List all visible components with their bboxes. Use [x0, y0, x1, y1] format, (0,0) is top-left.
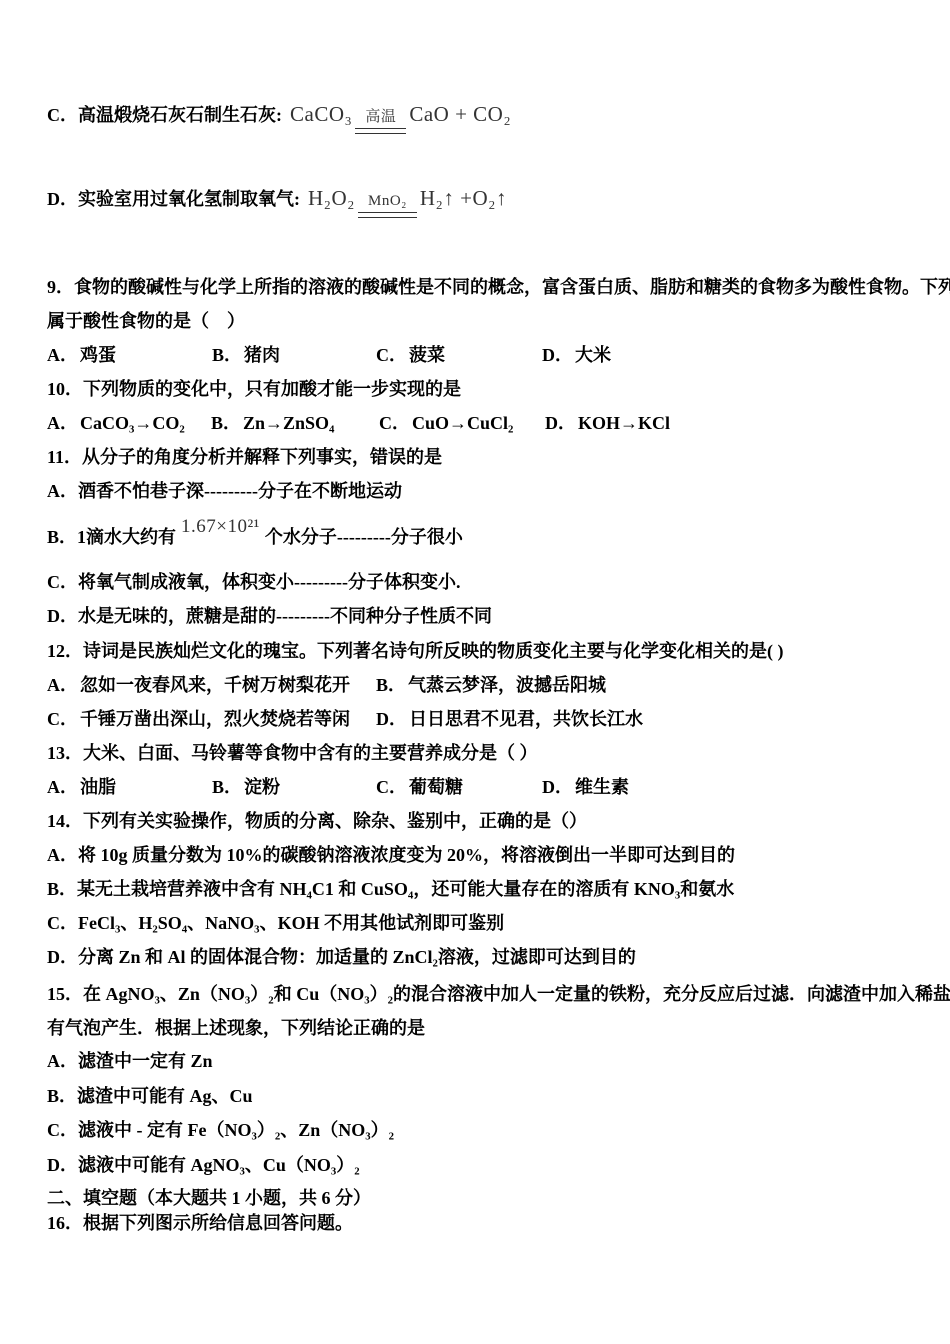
reaction-condition-block: 高温: [355, 109, 406, 137]
q12-option-c: C．千锤万凿出深山，烈火焚烧若等闲: [47, 709, 350, 730]
q11-text: 从分子的角度分析并解释下列事实，错误的是: [82, 447, 442, 467]
q11-option-a: A．酒香不怕巷子深---------分子在不断地运动: [47, 481, 402, 502]
item-d-text: 实验室用过氧化氢制取氧气:: [78, 189, 300, 209]
q12-option-a: A．忽如一夜春风来，千树万树梨花开: [47, 675, 350, 696]
q11-option-c: C．将氧气制成液氧，体积变小---------分子体积变小.: [47, 572, 460, 593]
q10-option-b: B．Zn→ZnSO₄: [211, 413, 334, 434]
q15-option-d: D．滤液中可能有 AgNO₃、Cu（NO₃）₂: [47, 1155, 360, 1176]
q9-option-b: B．猪肉: [212, 345, 280, 366]
q10-text: 下列物质的变化中，只有加酸才能一步实现的是: [83, 379, 461, 399]
double-line-icon: [358, 212, 417, 218]
q15-line1: 15．在 AgNO₃、Zn（NO₃）₂和 Cu（NO₃）₂的混合溶液中加人一定量…: [47, 984, 950, 1005]
q15-option-c: C．滤液中 - 定有 Fe（NO₃）₂、Zn（NO₃）₂: [47, 1120, 394, 1141]
q11-option-d: D．水是无味的，蔗糖是甜的---------不同种分子性质不同: [47, 606, 492, 627]
item-d-equation: H₂O₂MnO₂H₂↑ +O₂↑: [308, 186, 507, 210]
q15-text-line2: 有气泡产生．根据上述现象，下列结论正确的是: [47, 1018, 425, 1038]
q14-number: 14．: [47, 811, 83, 831]
q12-options-row-1: A．忽如一夜春风来，千树万树梨花开 B．气蒸云梦泽，波撼岳阳城: [0, 675, 950, 699]
q10-number: 10．: [47, 379, 83, 399]
q16-number: 16．: [47, 1213, 83, 1233]
q9-option-c: C．菠菜: [376, 345, 445, 366]
q12-text: 诗词是民族灿烂文化的瑰宝。下列著名诗句所反映的物质变化主要与化学变化相关的是( …: [83, 641, 783, 661]
q12-stem: 12．诗词是民族灿烂文化的瑰宝。下列著名诗句所反映的物质变化主要与化学变化相关的…: [47, 641, 783, 662]
equation-rhs: H₂↑ +O₂↑: [420, 186, 507, 210]
q9-number: 9．: [47, 277, 74, 297]
q13-text: 大米、白面、马铃薯等食物中含有的主要营养成分是（ ）: [83, 743, 538, 763]
q14-option-c: C．FeCl₃、H₂SO₄、NaNO₃、KOH 不用其他试剂即可鉴别: [47, 913, 504, 934]
q13-option-a: A．油脂: [47, 777, 116, 798]
q10-option-a: A．CaCO₃→CO₂: [47, 413, 185, 434]
q10-option-d: D．KOH→KCl: [545, 413, 670, 434]
q10-options-row: A．CaCO₃→CO₂ B．Zn→ZnSO₄ C．CuO→CuCl₂ D．KOH…: [0, 413, 950, 437]
q14-text: 下列有关实验操作，物质的分离、除杂、鉴别中，正确的是（）: [83, 811, 587, 831]
q9-text-line2: 属于酸性食物的是（ ）: [47, 311, 245, 331]
q12-options-row-2: C．千锤万凿出深山，烈火焚烧若等闲 D．日日思君不见君，共饮长江水: [0, 709, 950, 733]
q11-number: 11．: [47, 447, 82, 467]
q14-stem: 14．下列有关实验操作，物质的分离、除杂、鉴别中，正确的是（）: [47, 811, 587, 832]
q13-option-c: C．葡萄糖: [376, 777, 463, 798]
reaction-condition-block: MnO₂: [358, 193, 417, 221]
equation-rhs: CaO + CO₂: [409, 102, 511, 126]
equation-lhs: CaCO₃: [290, 102, 352, 126]
item-c-label: C．: [47, 105, 78, 125]
q15-line2: 有气泡产生．根据上述现象，下列结论正确的是: [47, 1018, 425, 1039]
q16-stem: 16．根据下列图示所给信息回答问题。: [47, 1213, 353, 1234]
q15-number: 15．: [47, 984, 83, 1004]
q9-line1: 9．食物的酸碱性与化学上所指的溶液的酸碱性是不同的概念，富含蛋白质、脂肪和糖类的…: [47, 277, 950, 298]
q15-option-b: B．滤渣中可能有 Ag、Cu: [47, 1086, 253, 1107]
q10-stem: 10．下列物质的变化中，只有加酸才能一步实现的是: [47, 379, 461, 400]
double-line-icon: [355, 128, 406, 134]
q13-options-row: A．油脂 B．淀粉 C．葡萄糖 D．维生素: [0, 777, 950, 801]
q10-option-c: C．CuO→CuCl₂: [379, 413, 513, 434]
q15-option-a: A．滤渣中一定有 Zn: [47, 1051, 213, 1072]
q12-option-d: D．日日思君不见君，共饮长江水: [376, 709, 643, 730]
q13-option-d: D．维生素: [542, 777, 629, 798]
exam-document-page: C．高温煅烧石灰石制生石灰:CaCO₃高温CaO + CO₂ D．实验室用过氧化…: [0, 0, 950, 1344]
section-2-title: 二、填空题（本大题共 1 小题，共 6 分）: [47, 1188, 371, 1208]
q11-stem: 11．从分子的角度分析并解释下列事实，错误的是: [47, 447, 442, 468]
q13-stem: 13．大米、白面、马铃薯等食物中含有的主要营养成分是（ ）: [47, 743, 538, 764]
item-c-row: C．高温煅烧石灰石制生石灰:CaCO₃高温CaO + CO₂: [47, 101, 511, 137]
q9-options-row: A．鸡蛋 B．猪肉 C．菠菜 D．大米: [0, 345, 950, 369]
item-c-text: 高温煅烧石灰石制生石灰:: [78, 105, 282, 125]
reaction-condition-text: 高温: [355, 109, 406, 128]
q12-option-b: B．气蒸云梦泽，波撼岳阳城: [376, 675, 606, 696]
section-2-header: 二、填空题（本大题共 1 小题，共 6 分）: [47, 1188, 371, 1209]
q14-option-b: B．某无土栽培营养液中含有 NH₄C1 和 CuSO₄，还可能大量存在的溶质有 …: [47, 879, 734, 900]
q11-option-b: B．1滴水大约有1.67×10²¹个水分子---------分子很小: [47, 527, 463, 548]
reaction-condition-text: MnO₂: [358, 193, 417, 212]
q9-option-d: D．大米: [542, 345, 611, 366]
q16-text: 根据下列图示所给信息回答问题。: [83, 1213, 353, 1233]
q14-option-d: D．分离 Zn 和 Al 的固体混合物：加适量的 ZnCl₂溶液，过滤即可达到目…: [47, 947, 636, 968]
scientific-notation-formula: 1.67×10²¹: [181, 516, 260, 537]
q14-option-a: A．将 10g 质量分数为 10%的碳酸钠溶液浓度变为 20%，将溶液倒出一半即…: [47, 845, 735, 866]
q9-option-a: A．鸡蛋: [47, 345, 116, 366]
item-d-row: D．实验室用过氧化氢制取氧气:H₂O₂MnO₂H₂↑ +O₂↑: [47, 185, 507, 221]
q13-number: 13．: [47, 743, 83, 763]
item-c-equation: CaCO₃高温CaO + CO₂: [290, 102, 511, 126]
equation-lhs: H₂O₂: [308, 186, 355, 210]
q9-line2: 属于酸性食物的是（ ）: [47, 311, 245, 332]
q12-number: 12．: [47, 641, 83, 661]
q9-text-line1: 食物的酸碱性与化学上所指的溶液的酸碱性是不同的概念，富含蛋白质、脂肪和糖类的食物…: [74, 277, 950, 297]
q15-text-line1: 在 AgNO₃、Zn（NO₃）₂和 Cu（NO₃）₂的混合溶液中加人一定量的铁粉…: [83, 984, 950, 1004]
q13-option-b: B．淀粉: [212, 777, 280, 798]
item-d-label: D．: [47, 189, 78, 209]
